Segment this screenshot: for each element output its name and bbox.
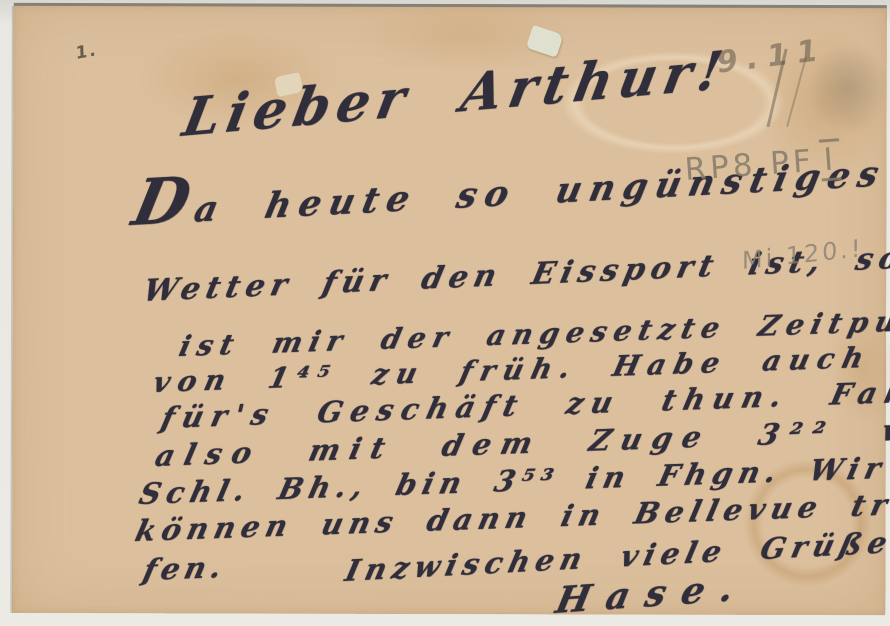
paper-chip xyxy=(526,25,564,58)
pencil-number-note: 1. xyxy=(75,40,98,64)
scanned-postcard-photo: Lieber Arthur! Da heute so ungünstiges W… xyxy=(0,0,890,626)
catalog-roman-numeral: I xyxy=(819,138,841,181)
handwriting-line: fen. xyxy=(140,550,230,587)
